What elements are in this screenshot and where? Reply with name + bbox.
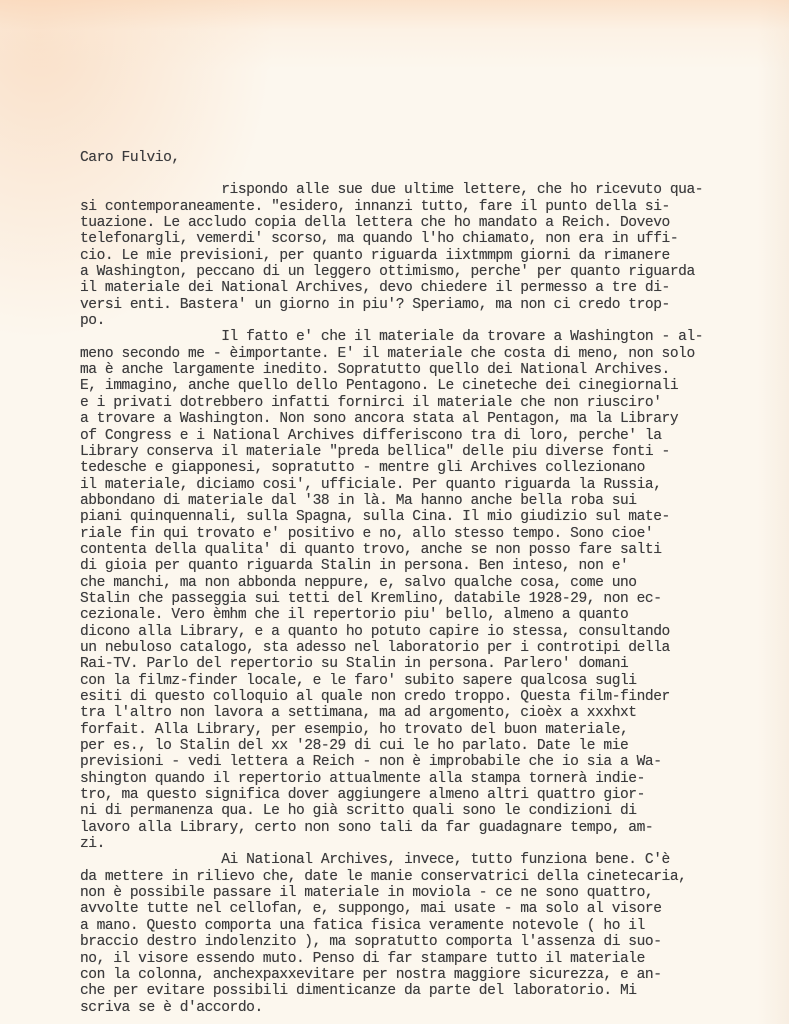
text-line: no, il visore essendo muto. Penso di far… [80, 951, 780, 967]
text-line: abbondano di materiale dal '38 in là. Ma… [80, 493, 780, 509]
text-line: dicono alla Library, e a quanto ho potut… [80, 624, 780, 640]
text-line: da mettere in rilievo che, date le manie… [80, 869, 780, 885]
text-line: con la colonna, anchexpaxxevitare per no… [80, 967, 780, 983]
text-line: non è possibile passare il materiale in … [80, 885, 780, 901]
text-line: che per evitare possibili dimenticanze d… [80, 983, 780, 999]
text-line: si contemporaneamente. "esidero, innanzi… [80, 199, 780, 215]
text-line: il materiale dei National Archives, devo… [80, 280, 780, 296]
text-line: shington quando il repertorio attualment… [80, 771, 780, 787]
text-line: tro, ma questo significa dover aggiunger… [80, 787, 780, 803]
text-line: braccio destro indolenzito ), ma sopratu… [80, 934, 780, 950]
text-line: esiti di questo colloquio al quale non c… [80, 689, 780, 705]
text-line: piani quinquennali, sulla Spagna, sulla … [80, 509, 780, 525]
text-line: a mano. Questo comporta una fatica fisic… [80, 918, 780, 934]
text-line: un nebuloso catalogo, sta adesso nel lab… [80, 640, 780, 656]
text-line: di gioia per quanto riguarda Stalin in p… [80, 558, 780, 574]
letter-paragraphs: rispondo alle sue due ultime lettere, ch… [80, 182, 780, 1016]
text-line: forfait. Alla Library, per esempio, ho t… [80, 722, 780, 738]
text-line: a trovare a Washington. Non sono ancora … [80, 411, 780, 427]
text-line: E, immagino, anche quello dello Pentagon… [80, 378, 780, 394]
paragraph: rispondo alle sue due ultime lettere, ch… [80, 182, 780, 329]
text-line: con la filmz-finder locale, e le faro' s… [80, 673, 780, 689]
text-line: Il fatto e' che il materiale da trovare … [80, 329, 780, 345]
text-line: zi. [80, 836, 780, 852]
text-line: telefonargli, vemerdi' scorso, ma quando… [80, 231, 780, 247]
text-line: previsioni - vedi lettera a Reich - non … [80, 754, 780, 770]
text-line: tuazione. Le accludo copia della lettera… [80, 215, 780, 231]
letter-body: Caro Fulvio, rispondo alle sue due ultim… [80, 150, 780, 1016]
text-line: cio. Le mie previsioni, per quanto rigua… [80, 248, 780, 264]
text-line: avvolte tutte nel cellofan, e, suppongo,… [80, 901, 780, 917]
text-line: Rai-TV. Parlo del repertorio su Stalin i… [80, 656, 780, 672]
paragraph: Ai National Archives, invece, tutto funz… [80, 852, 780, 1015]
text-line: ma è anche largamente inedito. Sopratutt… [80, 362, 780, 378]
text-line: il materiale, diciamo cosi', ufficiale. … [80, 477, 780, 493]
text-line: che manchi, ma non abbonda neppure, e, s… [80, 575, 780, 591]
text-line: tedesche e giapponesi, sopratutto - ment… [80, 460, 780, 476]
text-line: e i privati dotrebbero infatti fornirci … [80, 395, 780, 411]
text-line: Stalin che passeggia sui tetti del Kreml… [80, 591, 780, 607]
text-line: per es., lo Stalin del xx '28-29 di cui … [80, 738, 780, 754]
text-line: tra l'altro non lavora a settimana, ma a… [80, 705, 780, 721]
text-line: contenta della qualita' di quanto trovo,… [80, 542, 780, 558]
text-line: a Washington, peccano di un leggero otti… [80, 264, 780, 280]
salutation: Caro Fulvio, [80, 150, 780, 166]
text-line: rispondo alle sue due ultime lettere, ch… [80, 182, 780, 198]
text-line: versi enti. Bastera' un giorno in piu'? … [80, 297, 780, 313]
text-line: Ai National Archives, invece, tutto funz… [80, 852, 780, 868]
text-line: po. [80, 313, 780, 329]
paragraph: Il fatto e' che il materiale da trovare … [80, 329, 780, 852]
text-line: lavoro alla Library, certo non sono tali… [80, 820, 780, 836]
text-line: cezionale. Vero èmhm che il repertorio p… [80, 607, 780, 623]
text-line: riale fin qui trovato e' positivo e no, … [80, 526, 780, 542]
text-line: scriva se è d'accordo. [80, 1000, 780, 1016]
text-line: meno secondo me - èimportante. E' il mat… [80, 346, 780, 362]
text-line: ni di permanenza qua. Le ho già scritto … [80, 803, 780, 819]
text-line: of Congress e i National Archives differ… [80, 428, 780, 444]
text-line: Library conserva il materiale "preda bel… [80, 444, 780, 460]
